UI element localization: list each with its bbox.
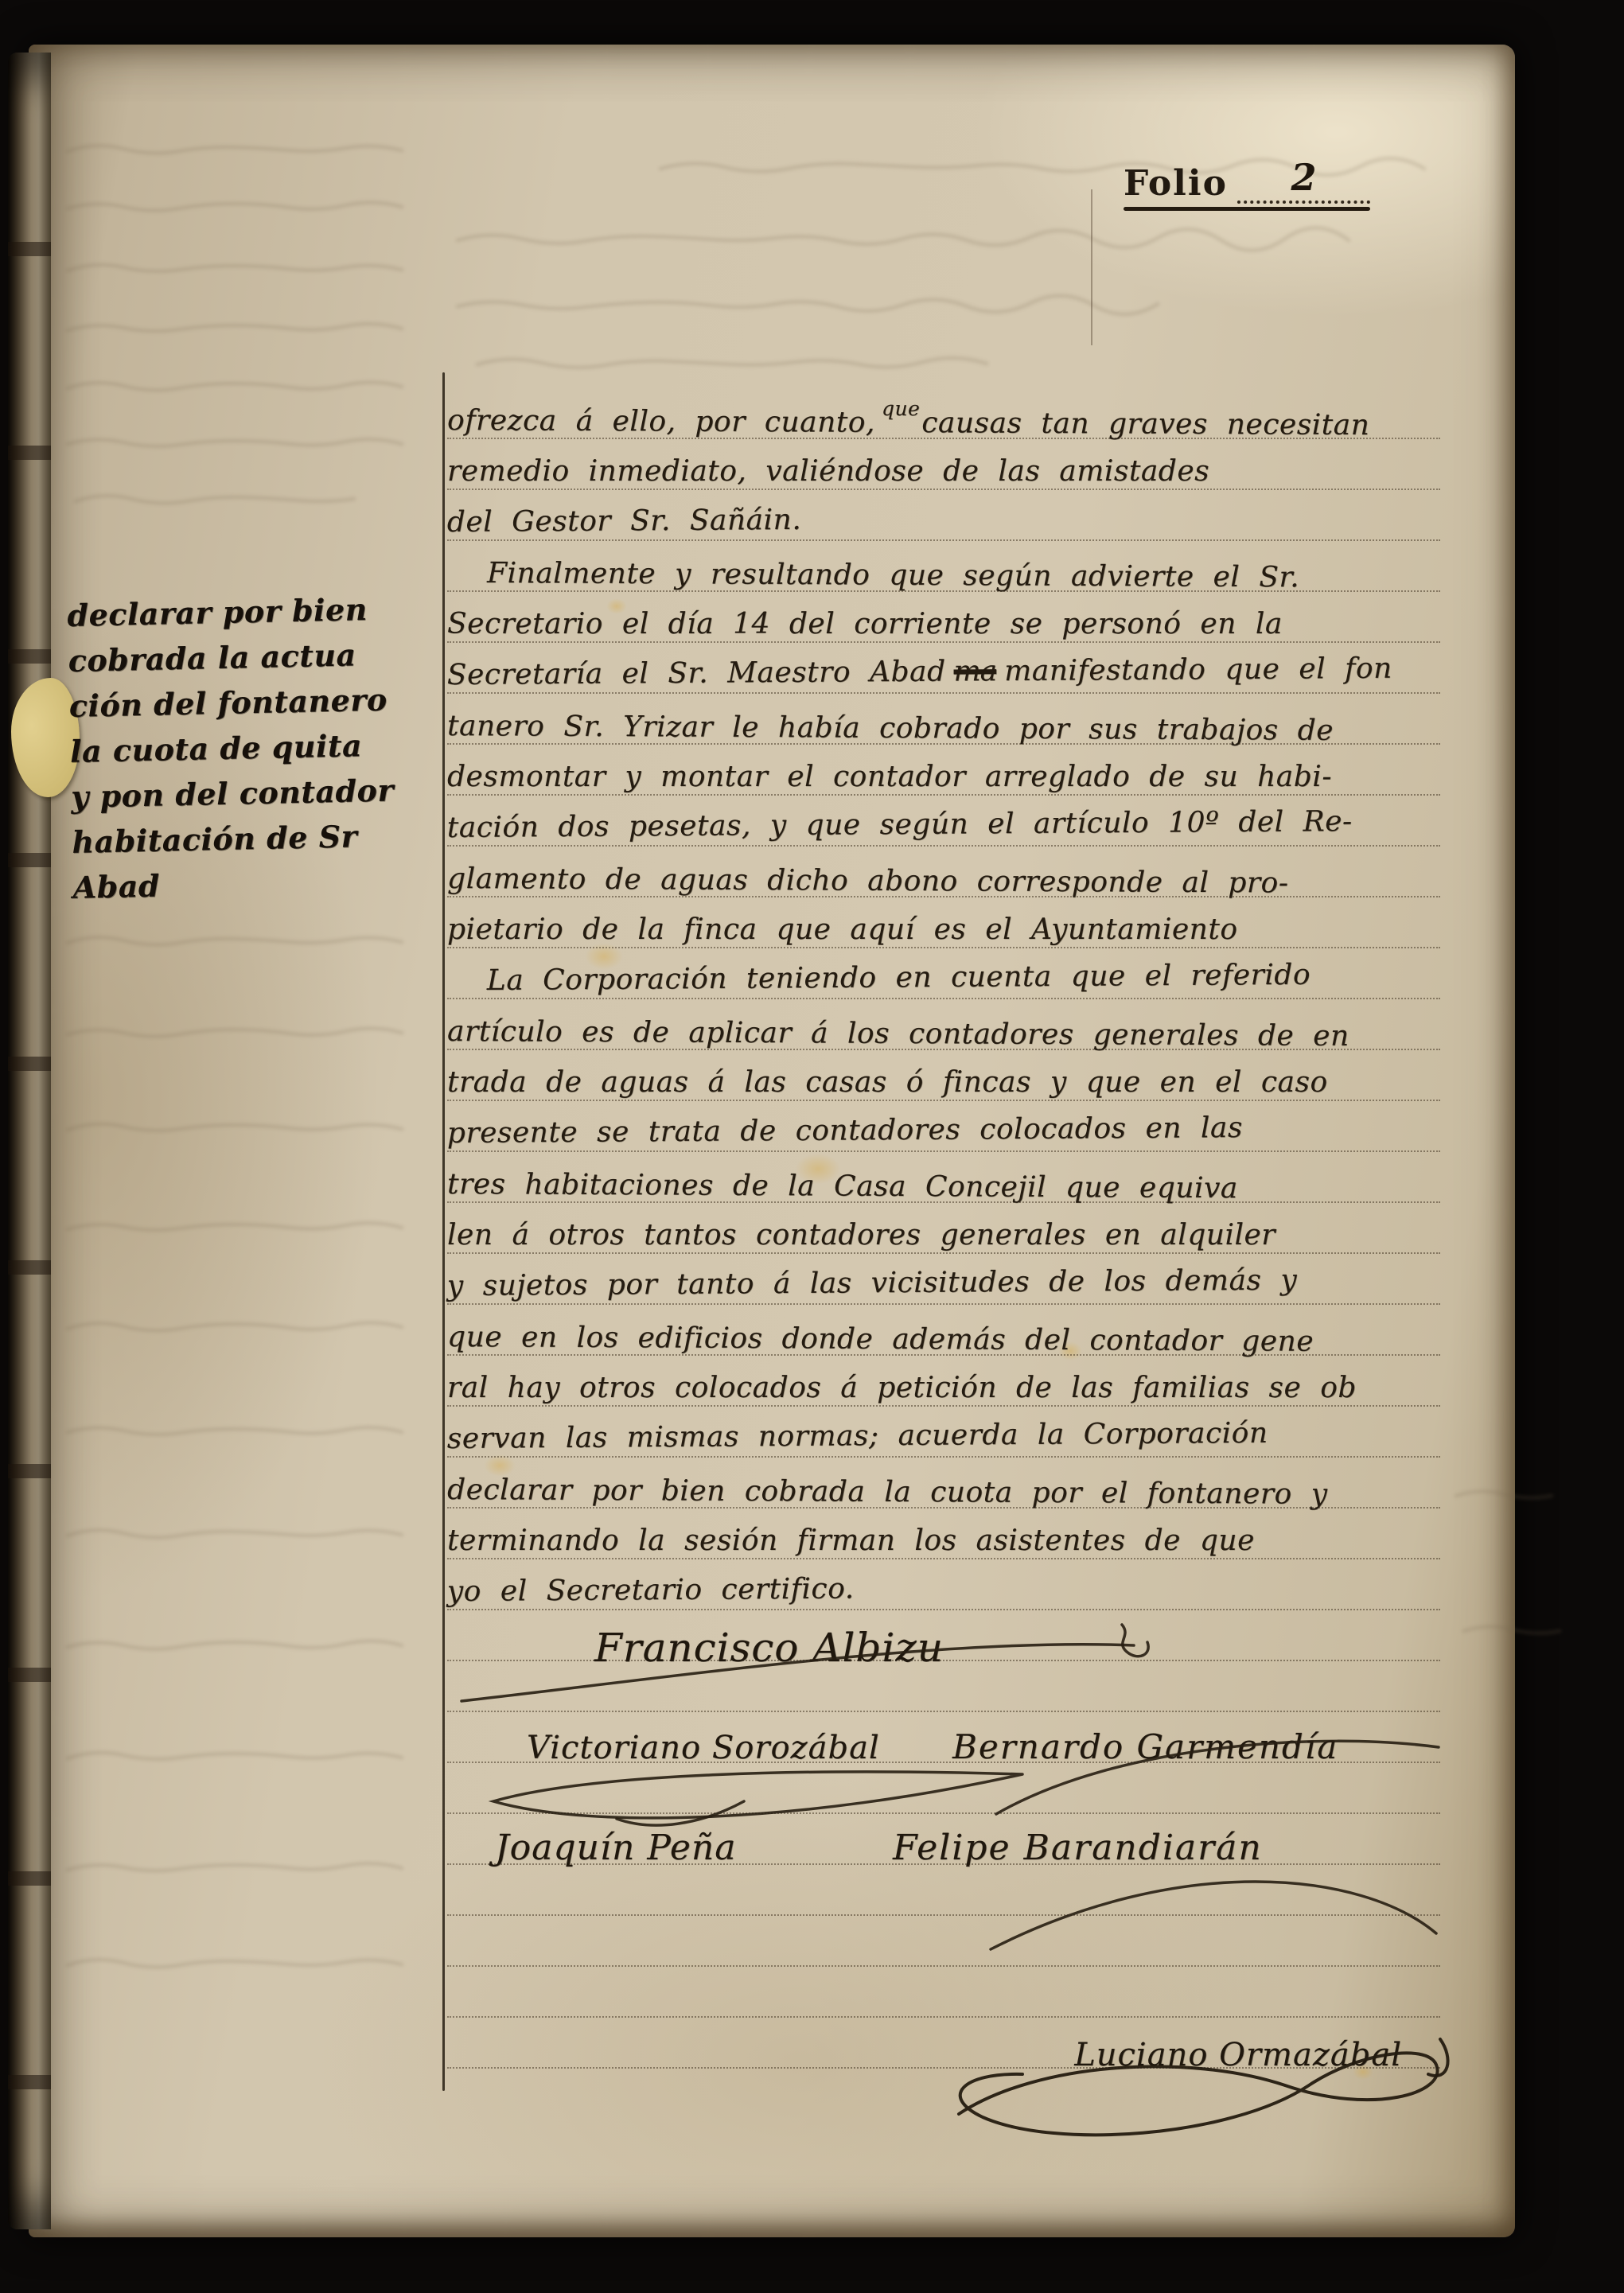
manuscript-line: desmontar y montar el contador arreglado… (447, 745, 1440, 796)
manuscript-line: declarar por bien cobrada la cuota por e… (447, 1458, 1440, 1509)
manuscript-line: artículo es de aplicar á los contadores … (447, 999, 1440, 1050)
line-text: tanero Sr. Yrizar le había cobrado por s… (447, 710, 1334, 747)
inserted-word: que (882, 397, 921, 420)
manuscript-line: trada de aguas á las casas ó fincas y qu… (447, 1050, 1440, 1101)
line-text: Finalmente y resultando que según advier… (487, 557, 1299, 594)
margin-annotation-line: y pon del contador (71, 766, 446, 819)
manuscript-line: ral hay otros colocados á petición de la… (447, 1356, 1440, 1407)
line-text: servan las mismas normas; acuerda la Cor… (447, 1417, 1268, 1455)
line-text: ofrezca á ello, por cuanto, (447, 404, 875, 439)
line-text: Secretario el día 14 del corriente se pe… (447, 608, 1283, 640)
margin-annotation-line: cobrada la actua (68, 630, 442, 683)
signature-flourish-barandiaran (979, 1844, 1448, 1960)
manuscript-line: tación dos pesetas, y que según el artíc… (447, 796, 1440, 847)
crossed-out-word: ma (953, 655, 996, 687)
line-text: Secretaría el Sr. Maestro Abad (447, 656, 946, 691)
folio-number: 2 (1291, 156, 1316, 199)
margin-annotation-line: Abad (72, 857, 447, 910)
line-text: glamento de aguas dicho abono correspond… (447, 862, 1289, 900)
folio-header: Folio 2 (1124, 156, 1370, 211)
margin-vertical-rule (442, 372, 445, 2091)
signature-flourish-sorozabal (473, 1760, 1046, 1847)
line-text: trada de aguas á las casas ó fincas y qu… (447, 1066, 1328, 1099)
manuscript-line: Secretario el día 14 del corriente se pe… (447, 592, 1440, 643)
manuscript-line: Secretaría el Sr. Maestro Abadmamanifest… (447, 643, 1440, 694)
folio-dotted-line: 2 (1237, 156, 1370, 204)
line-text: presente se trata de contadores colocado… (447, 1111, 1243, 1150)
manuscript-line: del Gestor Sr. Sañáin. (447, 490, 1440, 541)
manuscript-line: La Corporación teniendo en cuenta que el… (447, 948, 1440, 999)
paper-crease (1091, 189, 1092, 345)
folio-rule (1124, 207, 1370, 211)
line-text: que en los edificios donde además del co… (447, 1321, 1314, 1358)
margin-annotation: declarar por bien cobrada la actua ción … (67, 585, 447, 910)
signature-flourish-albizu (450, 1615, 1166, 1719)
manuscript-line: yo el Secretario certifico. (447, 1559, 1440, 1610)
line-text: tres habitaciones de la Casa Concejil qu… (447, 1168, 1238, 1205)
ruled-line (447, 1967, 1440, 2018)
manuscript-line: pietario de la finca que aquí es el Ayun… (447, 897, 1440, 948)
line-text: yo el Secretario certifico. (447, 1572, 855, 1608)
manuscript-line: Finalmente y resultando que según advier… (447, 541, 1440, 592)
line-text: ral hay otros colocados á petición de la… (447, 1372, 1357, 1404)
margin-annotation-line: habitación de Sr (72, 812, 446, 865)
manuscript-line: terminando la sesión firman los asistent… (447, 1509, 1440, 1559)
manuscript-line: y sujetos por tanto á las vicisitudes de… (447, 1254, 1440, 1305)
line-text: terminando la sesión firman los asistent… (447, 1524, 1255, 1557)
margin-annotation-line: la cuota de quita (69, 721, 444, 774)
line-text: remedio inmediato, valiéndose de las ami… (447, 455, 1209, 488)
manuscript-line: glamento de aguas dicho abono correspond… (447, 847, 1440, 897)
line-text: pietario de la finca que aquí es el Ayun… (447, 913, 1238, 946)
line-text: del Gestor Sr. Sañáin. (447, 504, 802, 539)
folio-label: Folio (1124, 163, 1228, 204)
manuscript-line: tres habitaciones de la Casa Concejil qu… (447, 1152, 1440, 1203)
line-text: declarar por bien cobrada la cuota por e… (447, 1474, 1328, 1511)
manuscript-line: que en los edificios donde además del co… (447, 1305, 1440, 1356)
manuscript-line: len á otros tantos contadores generales … (447, 1203, 1440, 1254)
manuscript-line: servan las mismas normas; acuerda la Cor… (447, 1407, 1440, 1458)
line-text: tación dos pesetas, y que según el artíc… (447, 805, 1353, 844)
line-text: artículo es de aplicar á los contadores … (447, 1015, 1349, 1053)
signature-rubric-ormazabal (927, 2025, 1476, 2160)
manuscript-line: tanero Sr. Yrizar le había cobrado por s… (447, 694, 1440, 745)
manuscript-line: presente se trata de contadores colocado… (447, 1101, 1440, 1152)
line-text: len á otros tantos contadores generales … (447, 1219, 1275, 1252)
line-text: manifestando que el fon (1004, 652, 1392, 687)
margin-annotation-line: ción del fontanero (68, 675, 443, 729)
margin-annotation-line: declarar por bien (67, 585, 442, 638)
line-text: causas tan graves necesitan (921, 407, 1369, 442)
manuscript-line: ofrezca á ello, por cuanto,quecausas tan… (447, 388, 1440, 439)
signature-flourish-garmendia (987, 1725, 1448, 1824)
line-text: La Corporación teniendo en cuenta que el… (487, 959, 1310, 997)
manuscript-line: remedio inmediato, valiéndose de las ami… (447, 439, 1440, 490)
line-text: desmontar y montar el contador arreglado… (447, 761, 1332, 793)
line-text: y sujetos por tanto á las vicisitudes de… (447, 1264, 1298, 1302)
